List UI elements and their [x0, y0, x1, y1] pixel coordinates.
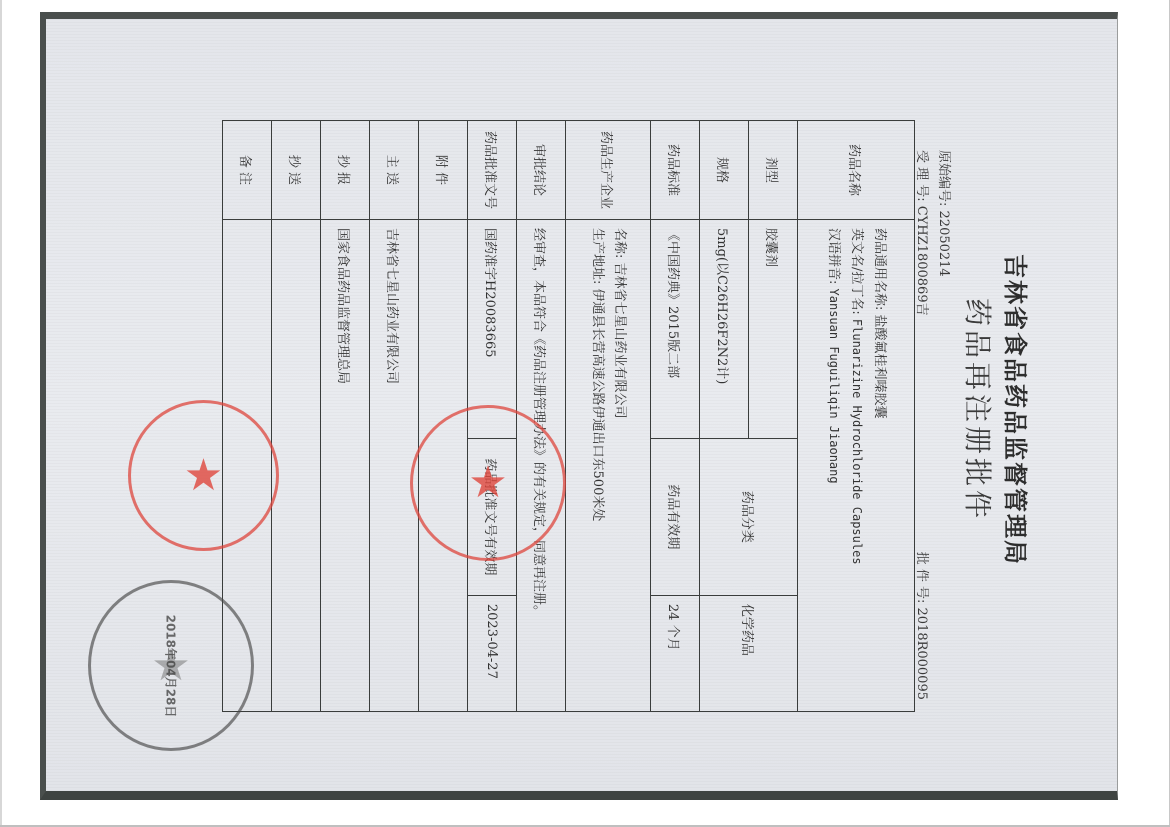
english-name-label: 英文名/拉丁名:: [849, 228, 864, 315]
manufacturer-address: 伊通县长营高速公路伊通出口东500米处: [590, 289, 605, 522]
table-row: 抄 送: [272, 121, 321, 712]
drug-name-cell: 药品通用名称: 盐酸氟桂利嗪胶囊 英文名/拉丁名: Flunarizine Hy…: [798, 220, 915, 712]
shelf-life-label: 药品有效期: [651, 438, 700, 595]
specification-label: 规格: [700, 121, 749, 220]
agency-name: 吉林省食品药品监督管理局: [1000, 110, 1035, 710]
approval-validity-value: 2023-04-27: [468, 595, 517, 711]
attachment-value: [419, 220, 468, 712]
acceptance-number-label: 受 理 号:: [914, 150, 929, 202]
approval-number: 批 件 号: 2018R000095: [914, 552, 933, 700]
pinyin-name: Yansuan Fuguiliqin Jiaonang: [827, 289, 841, 484]
standard-label: 药品标准: [651, 121, 700, 220]
pinyin-label: 汉语拼音:: [826, 228, 841, 284]
conclusion-value: 经审查，本品符合《药品注册管理办法》的有关规定，同意再注册。: [517, 220, 566, 712]
table-row: 药品名称 药品通用名称: 盐酸氟桂利嗪胶囊 英文名/拉丁名: Flunarizi…: [798, 121, 915, 712]
page-edge: [0, 0, 2, 827]
acceptance-number: 受 理 号: CYHZ1800869吉: [914, 150, 933, 316]
report-to-value: 国家食品药品监督管理总局: [321, 220, 370, 712]
specification-value: 5mg(以C26H26F2N2计): [700, 220, 749, 439]
drug-category-value: 化学药品: [700, 595, 798, 711]
dosage-form-label: 剂型: [749, 121, 798, 220]
shelf-life-value: 24 个月: [651, 595, 700, 711]
document-title: 药品再注册批件: [959, 110, 999, 710]
approval-no-label: 药品批准文号: [468, 121, 517, 220]
table-row: 主 送 吉林省七星山药业有限公司: [370, 121, 419, 712]
original-number-value: 22050214: [936, 211, 951, 277]
attachment-label: 附 件: [419, 121, 468, 220]
drug-category-label: 药品分类: [700, 438, 798, 595]
table-row: 抄 报 国家食品药品监督管理总局: [321, 121, 370, 712]
table-row: 药品标准 《中国药典》2015版二部 药品有效期 24 个月: [651, 121, 700, 712]
original-number: 原始编号: 22050214: [936, 150, 955, 277]
approval-validity-label: 药品批准文号有效期: [468, 438, 517, 595]
approval-number-label: 批 件 号:: [914, 552, 929, 604]
table-row: 附 件: [419, 121, 468, 712]
dosage-form-value: 胶囊剂: [749, 220, 798, 439]
english-name: Flunarizine Hydrochloride Capsules: [850, 319, 864, 565]
copy-to-label: 抄 送: [272, 121, 321, 220]
manufacturer-name: 吉林省七星山药业有限公司: [612, 263, 627, 419]
drug-name-label: 药品名称: [798, 121, 915, 220]
manufacturer-name-label: 名称:: [612, 228, 627, 258]
approval-no-value: 国药准字H20083665: [468, 220, 517, 439]
generic-name-label: 药品通用名称:: [872, 228, 887, 310]
manufacturer-label: 药品生产企业: [566, 121, 651, 220]
main-recipient-label: 主 送: [370, 121, 419, 220]
conclusion-label: 审批结论: [517, 121, 566, 220]
original-number-label: 原始编号:: [936, 150, 951, 206]
main-recipient-value: 吉林省七星山药业有限公司: [370, 220, 419, 712]
approval-document: 吉林省食品药品监督管理局 药品再注册批件 原始编号: 22050214 受 理 …: [215, 110, 1045, 710]
approval-number-value: 2018R000095: [914, 608, 929, 701]
report-to-label: 抄 报: [321, 121, 370, 220]
approval-table: 药品名称 药品通用名称: 盐酸氟桂利嗪胶囊 英文名/拉丁名: Flunarizi…: [222, 120, 915, 712]
remarks-label: 备 注: [223, 121, 272, 220]
remarks-value: [223, 220, 272, 712]
manufacturer-cell: 名称: 吉林省七星山药业有限公司 生产地址: 伊通县长营高速公路伊通出口东500…: [566, 220, 651, 712]
copy-to-value: [272, 220, 321, 712]
table-row: 药品生产企业 名称: 吉林省七星山药业有限公司 生产地址: 伊通县长营高速公路伊…: [566, 121, 651, 712]
generic-name: 盐酸氟桂利嗪胶囊: [872, 315, 887, 419]
table-row: 审批结论 经审查，本品符合《药品注册管理办法》的有关规定，同意再注册。: [517, 121, 566, 712]
table-row: 剂型 胶囊剂 药品分类 化学药品: [749, 121, 798, 712]
standard-value: 《中国药典》2015版二部: [651, 220, 700, 439]
table-row: 药品批准文号 国药准字H20083665 药品批准文号有效期 2023-04-2…: [468, 121, 517, 712]
table-row: 备 注: [223, 121, 272, 712]
manufacturer-address-label: 生产地址:: [590, 228, 605, 284]
acceptance-number-value: CYHZ1800869吉: [914, 206, 929, 316]
